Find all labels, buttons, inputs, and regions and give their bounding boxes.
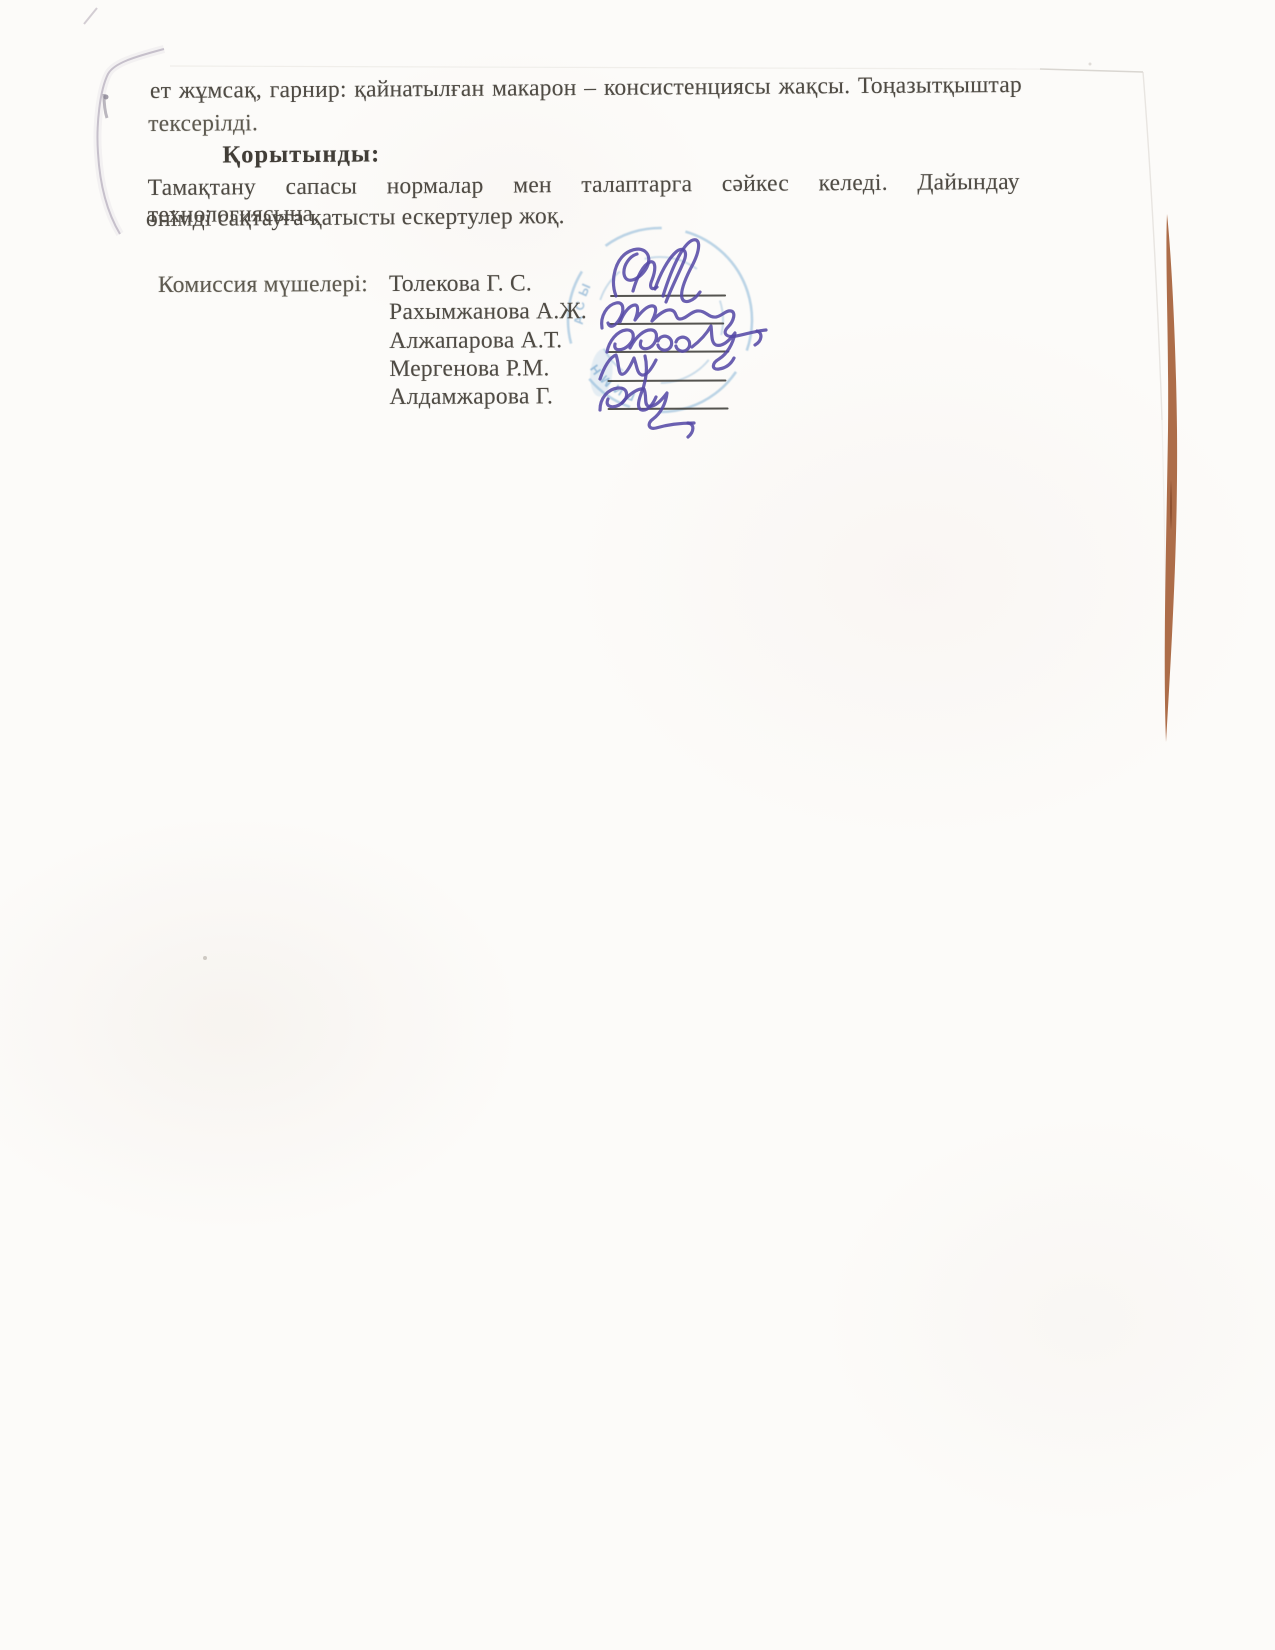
scanned-document: ГИМН АСЫ ет жұмсақ, гарнир: қайнатылған …: [0, 0, 1275, 1650]
signature-tolekova: [614, 240, 700, 302]
signature-alzhaparova: [607, 326, 735, 369]
signatures: [0, 0, 1275, 1650]
signature-aldamzharova: [600, 388, 694, 437]
